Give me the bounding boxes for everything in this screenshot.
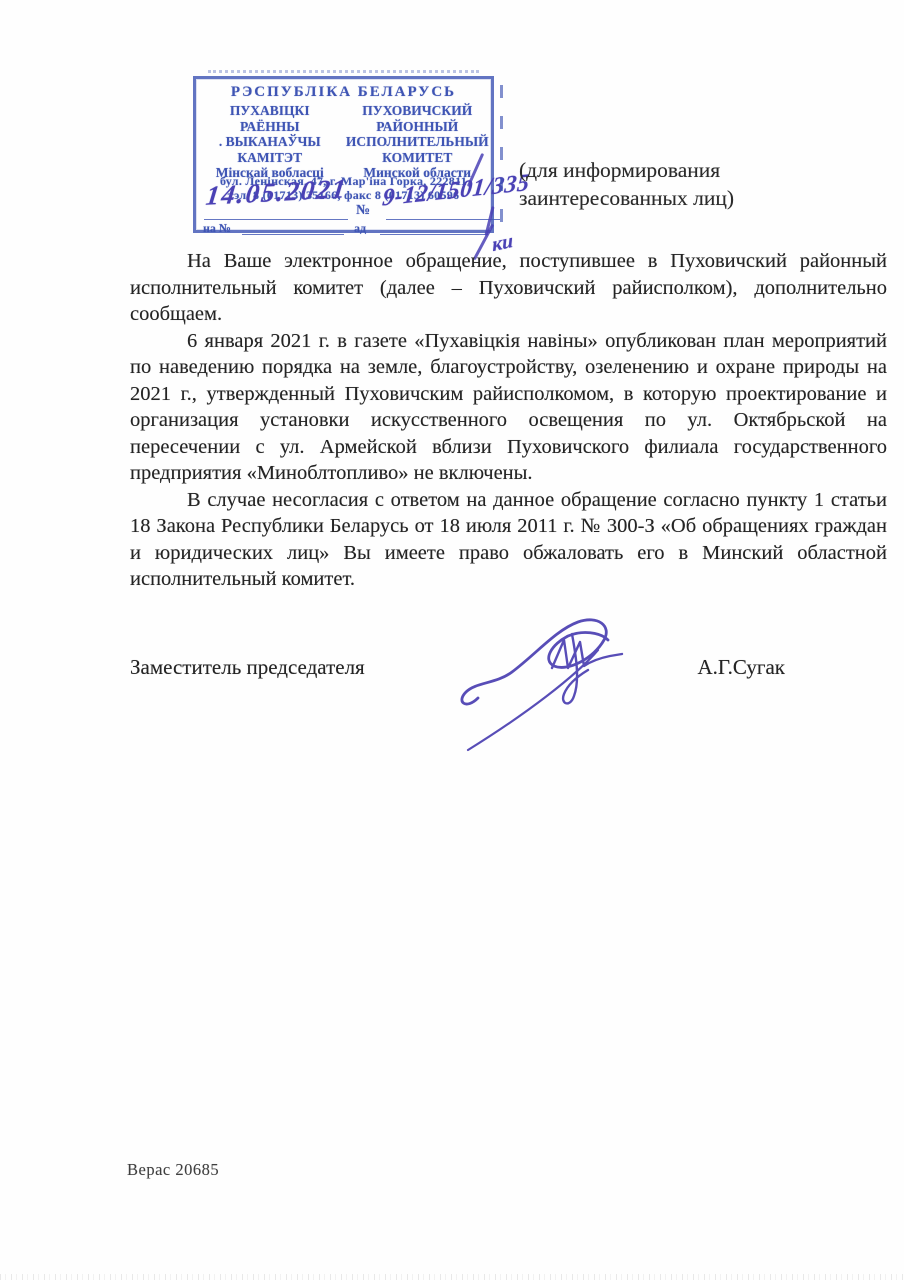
paragraph-2: 6 января 2021 г. в газете «Пухавіцкія на… — [130, 328, 887, 487]
recipient-note: (для информирования заинтересованных лиц… — [519, 156, 859, 212]
reply-number-blank-line — [242, 224, 344, 235]
reply-date-blank-line — [380, 224, 488, 235]
official-stamp: РЭСПУБЛІКА БЕЛАРУСЬ ПУХАВІЦКІ РАЁННЫ . В… — [193, 76, 494, 233]
recipient-note-line1: (для информирования — [519, 156, 859, 184]
reply-from-label: ад — [354, 221, 366, 236]
handwritten-signature — [448, 606, 644, 764]
stamp-line: . ВЫКАНАЎЧЫ — [196, 134, 344, 150]
paragraph-1: На Ваше электронное обращение, поступивш… — [130, 248, 887, 328]
scan-noise-strip — [0, 1274, 904, 1280]
signer-name: А.Г.Сугак — [697, 655, 785, 680]
stamp-country-header: РЭСПУБЛІКА БЕЛАРУСЬ — [196, 84, 491, 101]
stamp-line: ИСПОЛНИТЕЛЬНЫЙ — [344, 134, 492, 150]
stamp-line: РАЁННЫ — [196, 119, 344, 135]
stamp-line: КАМІТЭТ — [196, 150, 344, 166]
scanned-letter-page: РЭСПУБЛІКА БЕЛАРУСЬ ПУХАВІЦКІ РАЁННЫ . В… — [0, 0, 904, 1280]
number-sign-label: № — [356, 203, 370, 219]
stamp-line: КОМИТЕТ — [344, 150, 492, 166]
print-order-mark: Верас 20685 — [127, 1160, 219, 1180]
signer-position-title: Заместитель председателя — [130, 655, 365, 680]
stamp-column-belarusian: ПУХАВІЦКІ РАЁННЫ . ВЫКАНАЎЧЫ КАМІТЭТ Мін… — [196, 103, 344, 181]
reply-to-number-label: на № — [203, 221, 231, 236]
recipient-note-line2: заинтересованных лиц) — [519, 184, 859, 212]
stamp-column-russian: ПУХОВИЧСКИЙ РАЙОННЫЙ ИСПОЛНИТЕЛЬНЫЙ КОМИ… — [344, 103, 492, 181]
stamp-line: ПУХАВІЦКІ — [196, 103, 344, 119]
letter-body: На Ваше электронное обращение, поступивш… — [130, 248, 887, 593]
stamp-line: РАЙОННЫЙ — [344, 119, 492, 135]
stamp-columns: ПУХАВІЦКІ РАЁННЫ . ВЫКАНАЎЧЫ КАМІТЭТ Мін… — [196, 103, 491, 181]
stamp-line: ПУХОВИЧСКИЙ — [344, 103, 492, 119]
paragraph-3: В случае несогласия с ответом на данное … — [130, 487, 887, 593]
